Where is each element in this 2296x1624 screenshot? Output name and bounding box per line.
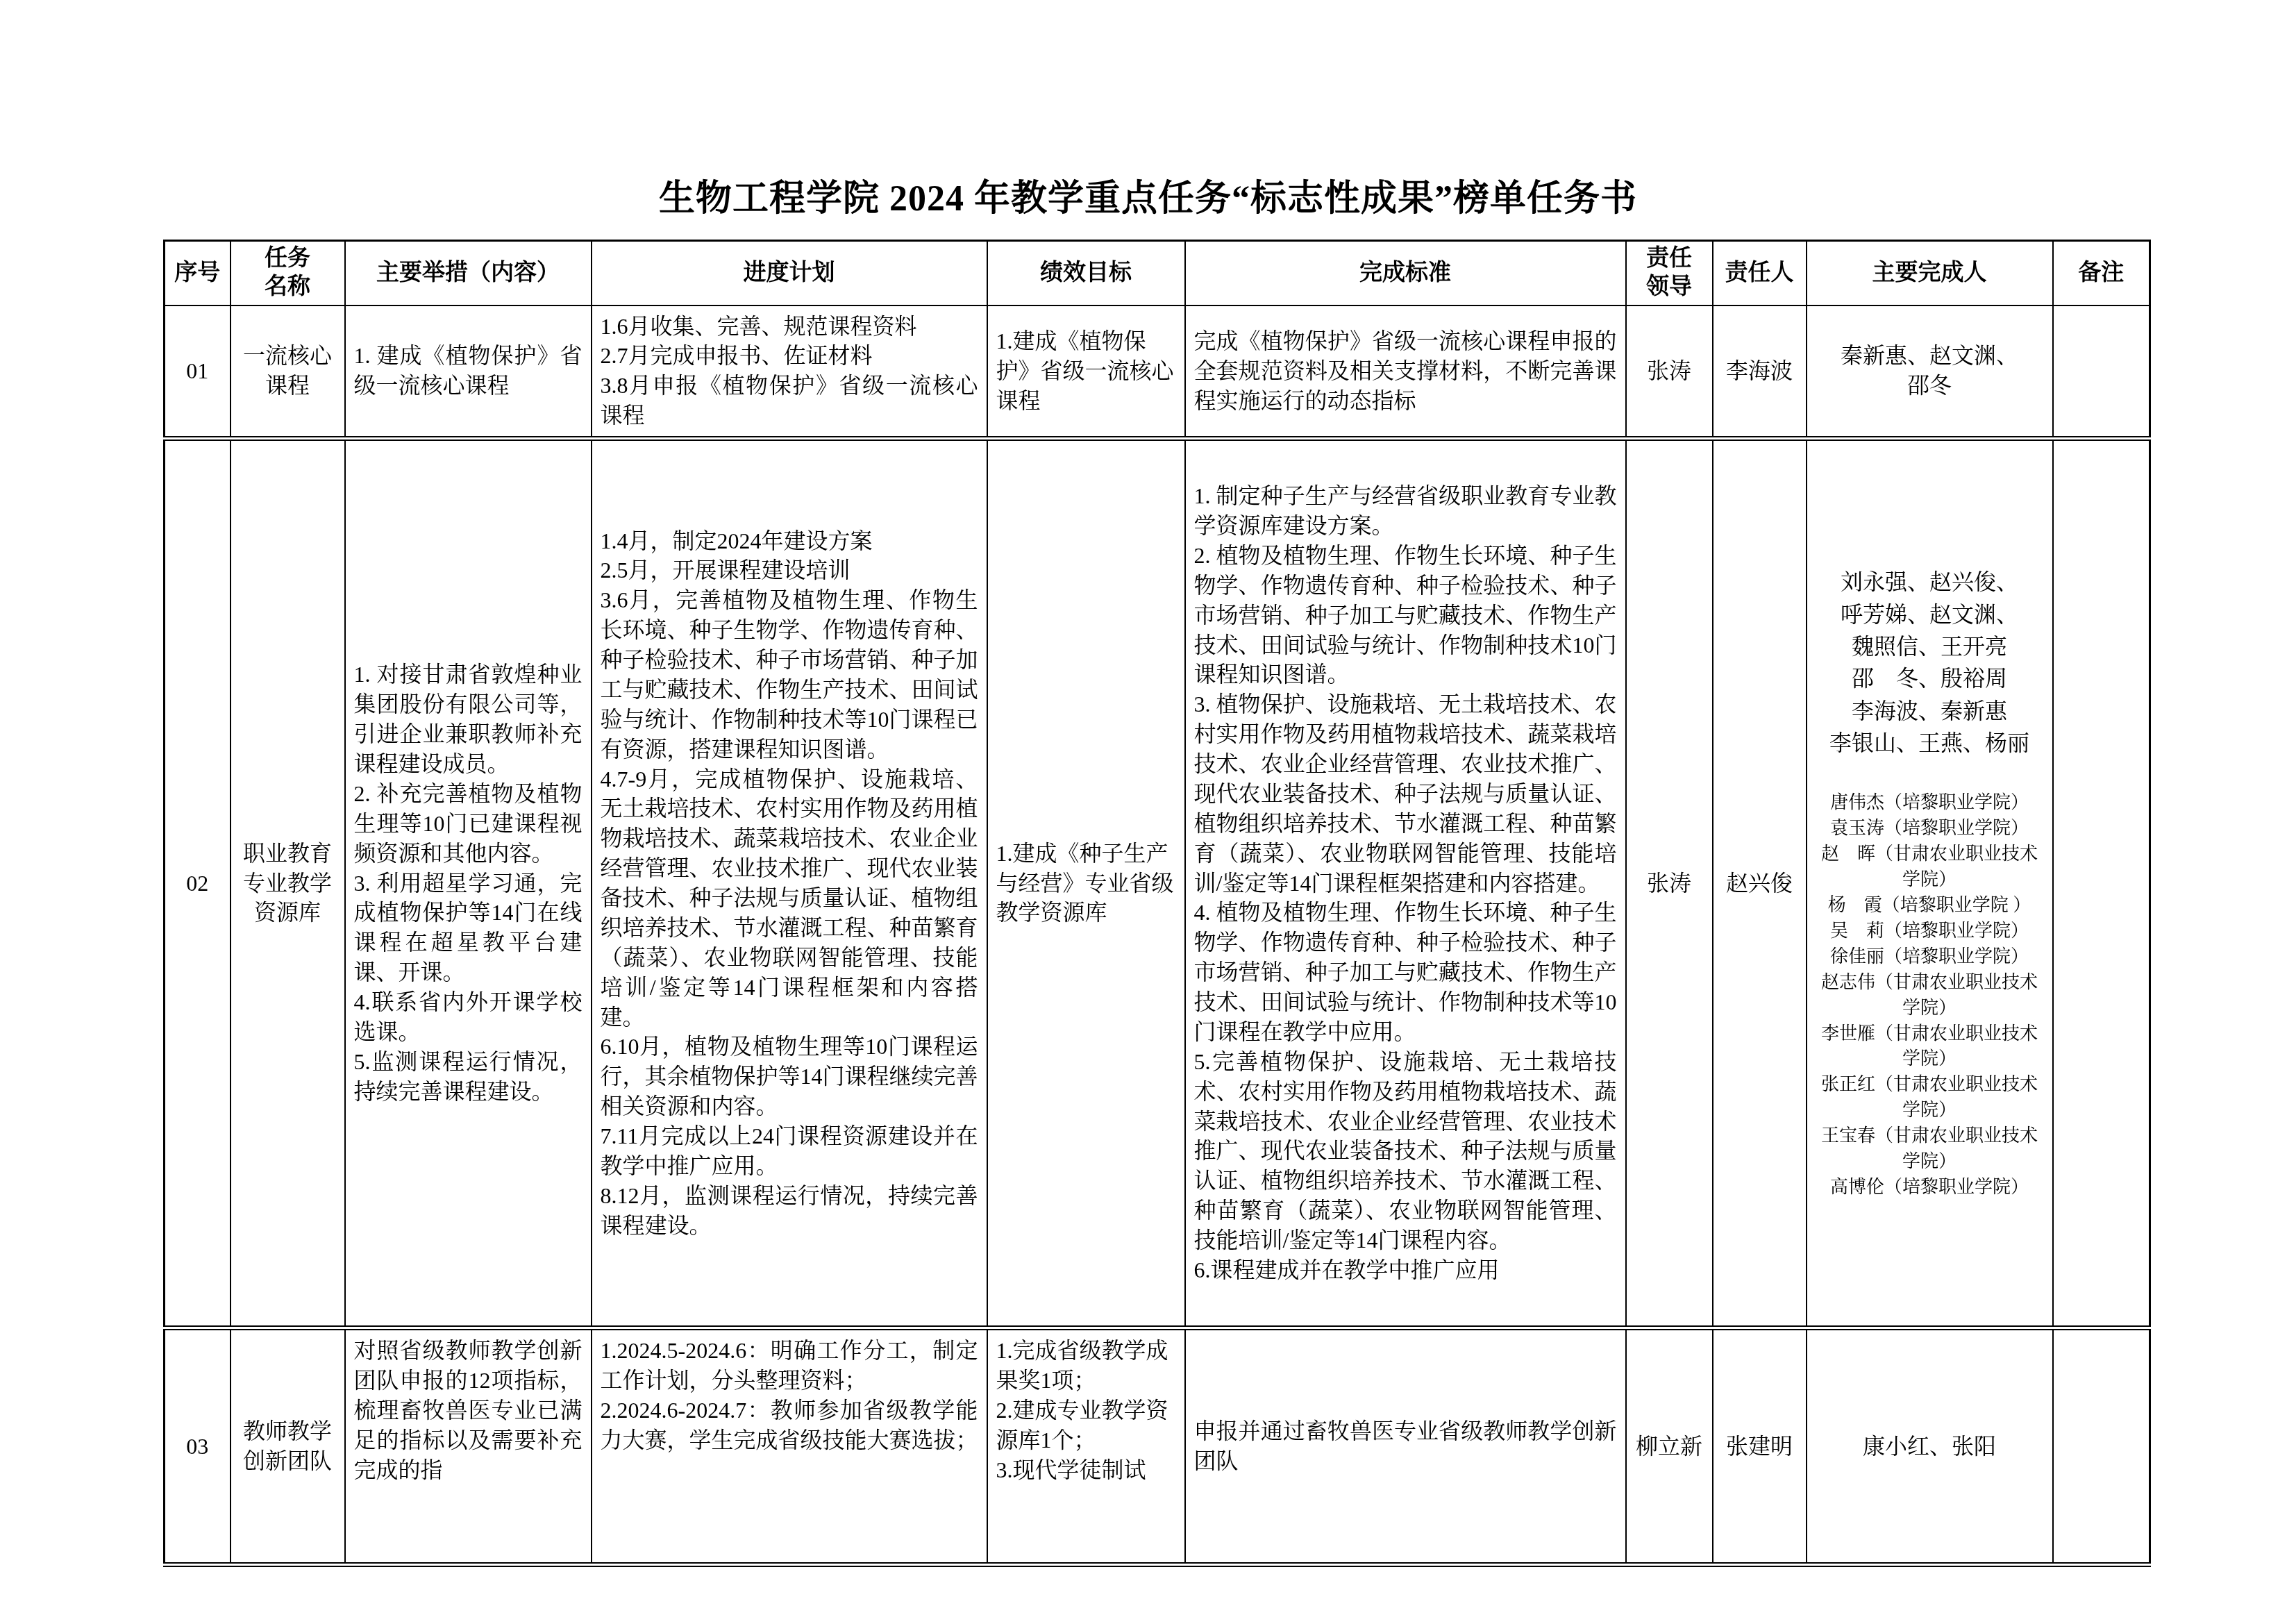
col-header-serial: 序号 — [165, 241, 231, 305]
cell-remark — [2053, 439, 2150, 1328]
cell-measures: 对照省级教师教学创新团队申报的12项指标，梳理畜牧兽医专业已满足的指标以及需要补… — [345, 1328, 592, 1565]
table-header-row: 序号 任务 名称 主要举措（内容） 进度计划 绩效目标 完成标准 责任 领导 责… — [165, 241, 2150, 305]
cell-task-name: 教师教学创新团队 — [231, 1328, 345, 1565]
cell-remark — [2053, 1328, 2150, 1565]
cell-leader: 张涛 — [1626, 305, 1713, 439]
col-header-completers: 主要完成人 — [1807, 241, 2053, 305]
col-header-remark: 备注 — [2053, 241, 2150, 305]
col-header-standard: 完成标准 — [1185, 241, 1626, 305]
col-header-schedule: 进度计划 — [592, 241, 987, 305]
col-header-owner: 责任人 — [1713, 241, 1807, 305]
cell-leader: 张涛 — [1626, 439, 1713, 1328]
cell-schedule: 1.2024.5-2024.6：明确工作分工，制定工作计划，分头整理资料； 2.… — [592, 1328, 987, 1565]
cell-remark — [2053, 305, 2150, 439]
cell-serial: 02 — [165, 439, 231, 1328]
cell-measures: 1. 对接甘肃省敦煌种业集团股份有限公司等，引进企业兼职教师补充课程建设成员。 … — [345, 439, 592, 1328]
col-header-leader: 责任 领导 — [1626, 241, 1713, 305]
cell-schedule: 1.6月收集、完善、规范课程资料 2.7月完成申报书、佐证材料 3.8月申报《植… — [592, 305, 987, 439]
cell-target: 1.建成《植物保护》省级一流核心课程 — [987, 305, 1185, 439]
cell-task-name: 一流核心课程 — [231, 305, 345, 439]
cell-task-name: 职业教育专业教学资源库 — [231, 439, 345, 1328]
cell-owner: 李海波 — [1713, 305, 1807, 439]
document-page: 生物工程学院 2024 年教学重点任务“标志性成果”榜单任务书 序号 任务 名称… — [0, 0, 2296, 1624]
cell-target: 1.建成《种子生产与经营》专业省级教学资源库 — [987, 439, 1185, 1328]
task-table: 序号 任务 名称 主要举措（内容） 进度计划 绩效目标 完成标准 责任 领导 责… — [163, 240, 2151, 1567]
cell-leader: 柳立新 — [1626, 1328, 1713, 1565]
cell-measures: 1. 建成《植物保护》省级一流核心课程 — [345, 305, 592, 439]
cell-serial: 01 — [165, 305, 231, 439]
cell-standard: 1. 制定种子生产与经营省级职业教育专业教学资源库建设方案。 2. 植物及植物生… — [1185, 439, 1626, 1328]
completers-internal: 刘永强、赵兴俊、 呼芳娣、赵文渊、 魏照信、王开亮 邵 冬、殷裕周 李海波、秦新… — [1816, 566, 2044, 759]
cell-standard: 申报并通过畜牧兽医专业省级教师教学创新团队 — [1185, 1328, 1626, 1565]
table-row-01: 01 一流核心课程 1. 建成《植物保护》省级一流核心课程 1.6月收集、完善、… — [165, 305, 2150, 439]
document-title: 生物工程学院 2024 年教学重点任务“标志性成果”榜单任务书 — [0, 169, 2296, 221]
table-row-02: 02 职业教育专业教学资源库 1. 对接甘肃省敦煌种业集团股份有限公司等，引进企… — [165, 439, 2150, 1328]
cell-serial: 03 — [165, 1328, 231, 1565]
cell-owner: 赵兴俊 — [1713, 439, 1807, 1328]
cell-completers: 刘永强、赵兴俊、 呼芳娣、赵文渊、 魏照信、王开亮 邵 冬、殷裕周 李海波、秦新… — [1807, 439, 2053, 1328]
col-header-measures: 主要举措（内容） — [345, 241, 592, 305]
cell-standard: 完成《植物保护》省级一流核心课程申报的全套规范资料及相关支撑材料，不断完善课程实… — [1185, 305, 1626, 439]
cell-target: 1.完成省级教学成果奖1项； 2.建成专业教学资源库1个； 3.现代学徒制试 — [987, 1328, 1185, 1565]
col-header-target: 绩效目标 — [987, 241, 1185, 305]
cell-completers: 秦新惠、赵文渊、 邵冬 — [1807, 305, 2053, 439]
cell-schedule: 1.4月，制定2024年建设方案 2.5月，开展课程建设培训 3.6月，完善植物… — [592, 439, 987, 1328]
cell-owner: 张建明 — [1713, 1328, 1807, 1565]
cell-completers: 康小红、张阳 — [1807, 1328, 2053, 1565]
col-header-task-name: 任务 名称 — [231, 241, 345, 305]
table-row-03: 03 教师教学创新团队 对照省级教师教学创新团队申报的12项指标，梳理畜牧兽医专… — [165, 1328, 2150, 1565]
completers-external: 唐伟杰（培黎职业学院） 袁玉涛（培黎职业学院） 赵 晖（甘肃农业职业技术学院） … — [1816, 790, 2044, 1200]
